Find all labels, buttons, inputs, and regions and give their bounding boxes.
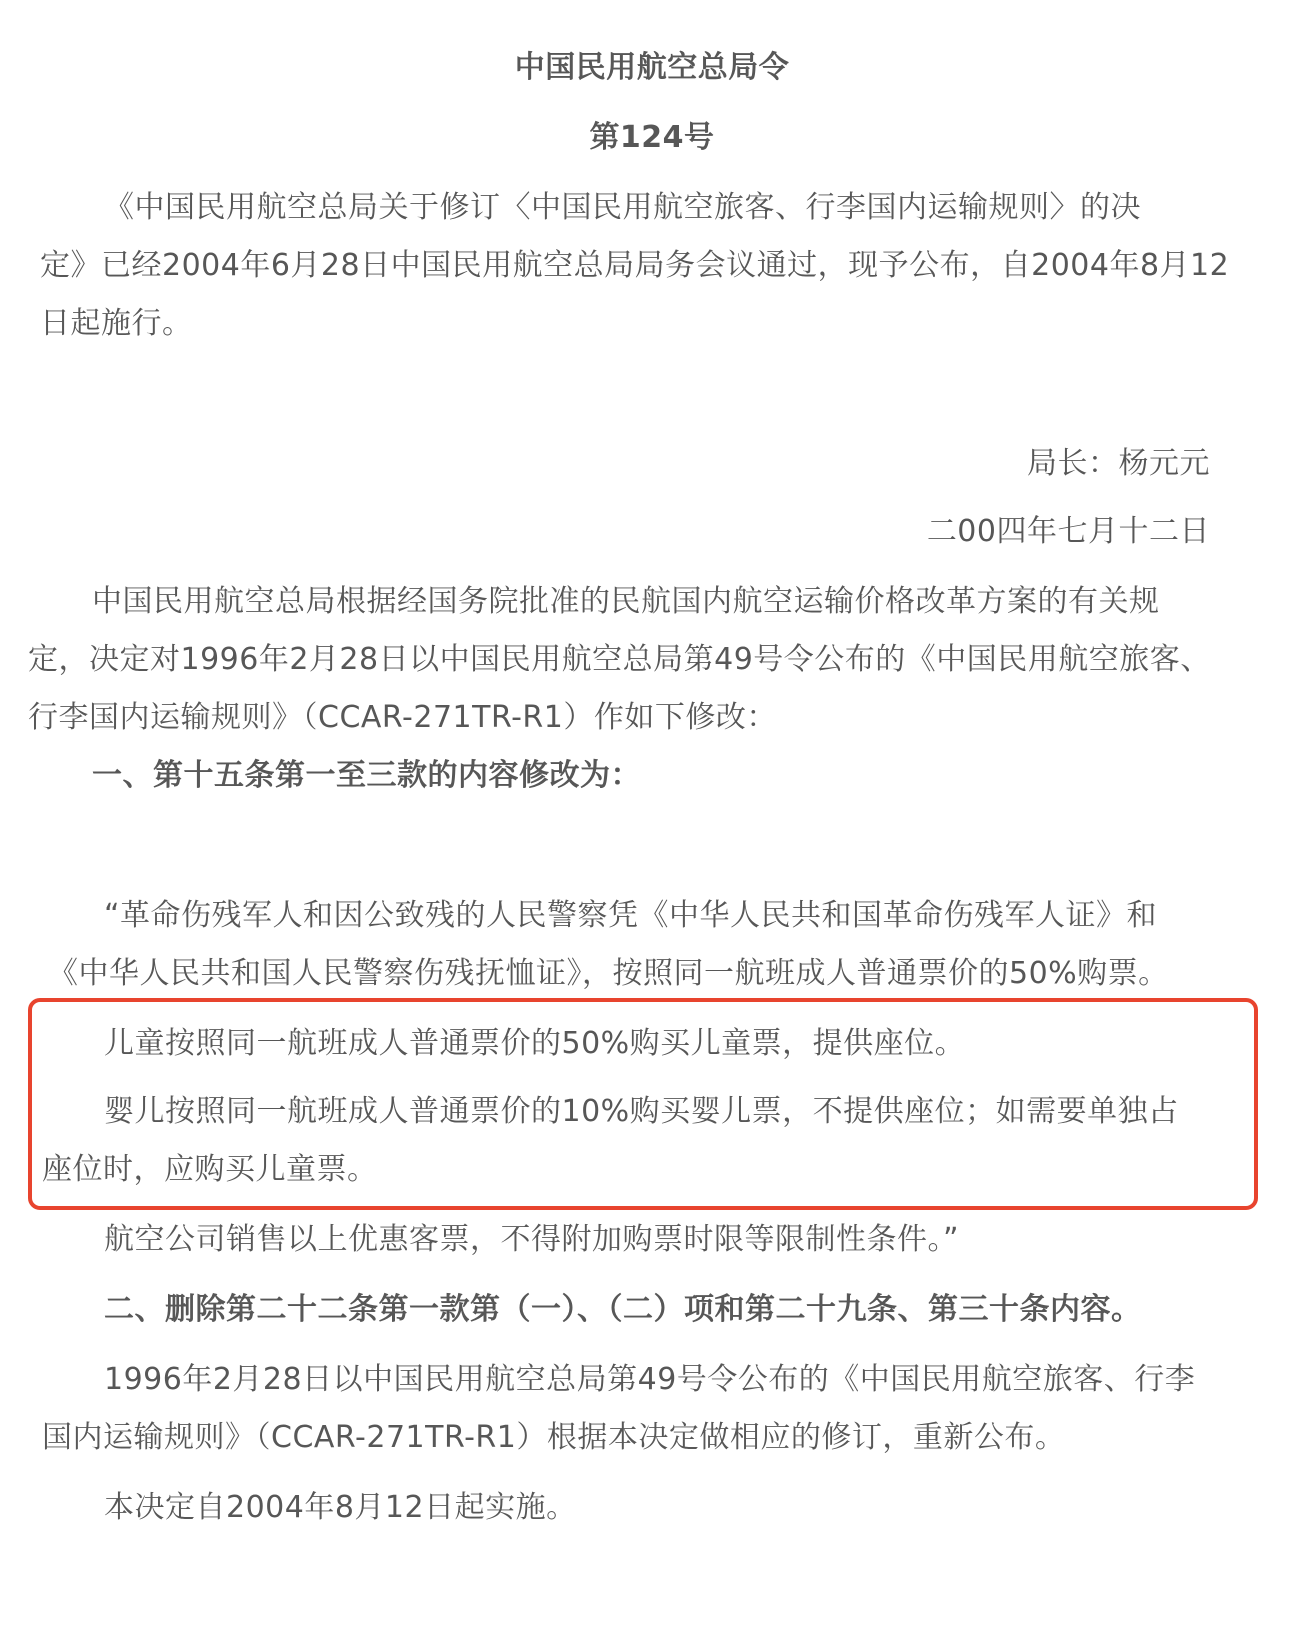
signature-date: 二00四年七月十二日 [927, 512, 1210, 552]
effective-date: 本决定自2004年8月12日起实施。 [104, 1488, 577, 1528]
child-ticket-rule: 儿童按照同一航班成人普通票价的50%购买儿童票，提供座位。 [104, 1024, 965, 1064]
intro-line: 行李国内运输规则》（CCAR-271TR-R1）作如下修改： [28, 698, 777, 738]
intro-line: 中国民用航空总局根据经国务院批准的民航国内航空运输价格改革方案的有关规 [92, 582, 1160, 622]
section-1-closing: 航空公司销售以上优惠客票，不得附加购票时限等限制性条件。” [104, 1220, 959, 1260]
document-title: 中国民用航空总局令 [0, 48, 1304, 88]
section-1-text: 《中华人民共和国人民警察伤残抚恤证》，按照同一航班成人普通票价的50%购票。 [48, 954, 1169, 994]
republish-line: 1996年2月28日以中国民用航空总局第49号令公布的《中国民用航空旅客、行李 [104, 1360, 1195, 1400]
signer: 局长：杨元元 [1027, 444, 1210, 484]
preamble-line: 定》已经2004年6月28日中国民用航空总局局务会议通过，现予公布，自2004年… [40, 246, 1229, 286]
order-number: 第124号 [0, 118, 1304, 158]
section-2-heading: 二、删除第二十二条第一款第（一）、（二）项和第二十九条、第三十条内容。 [104, 1290, 1142, 1330]
section-1-heading: 一、第十五条第一至三款的内容修改为： [92, 756, 641, 796]
preamble-line: 日起施行。 [40, 304, 193, 344]
section-1-text: “革命伤残军人和因公致残的人民警察凭《中华人民共和国革命伤残军人证》和 [104, 896, 1157, 936]
preamble-line: 《中国民用航空总局关于修订〈中国民用航空旅客、行李国内运输规则〉的决 [104, 188, 1141, 228]
infant-ticket-rule: 座位时，应购买儿童票。 [42, 1150, 378, 1190]
intro-line: 定，决定对1996年2月28日以中国民用航空总局第49号令公布的《中国民用航空旅… [28, 640, 1211, 680]
infant-ticket-rule: 婴儿按照同一航班成人普通票价的10%购买婴儿票，不提供座位；如需要单独占 [104, 1092, 1179, 1132]
republish-line: 国内运输规则》（CCAR-271TR-R1）根据本决定做相应的修订，重新公布。 [42, 1418, 1065, 1458]
